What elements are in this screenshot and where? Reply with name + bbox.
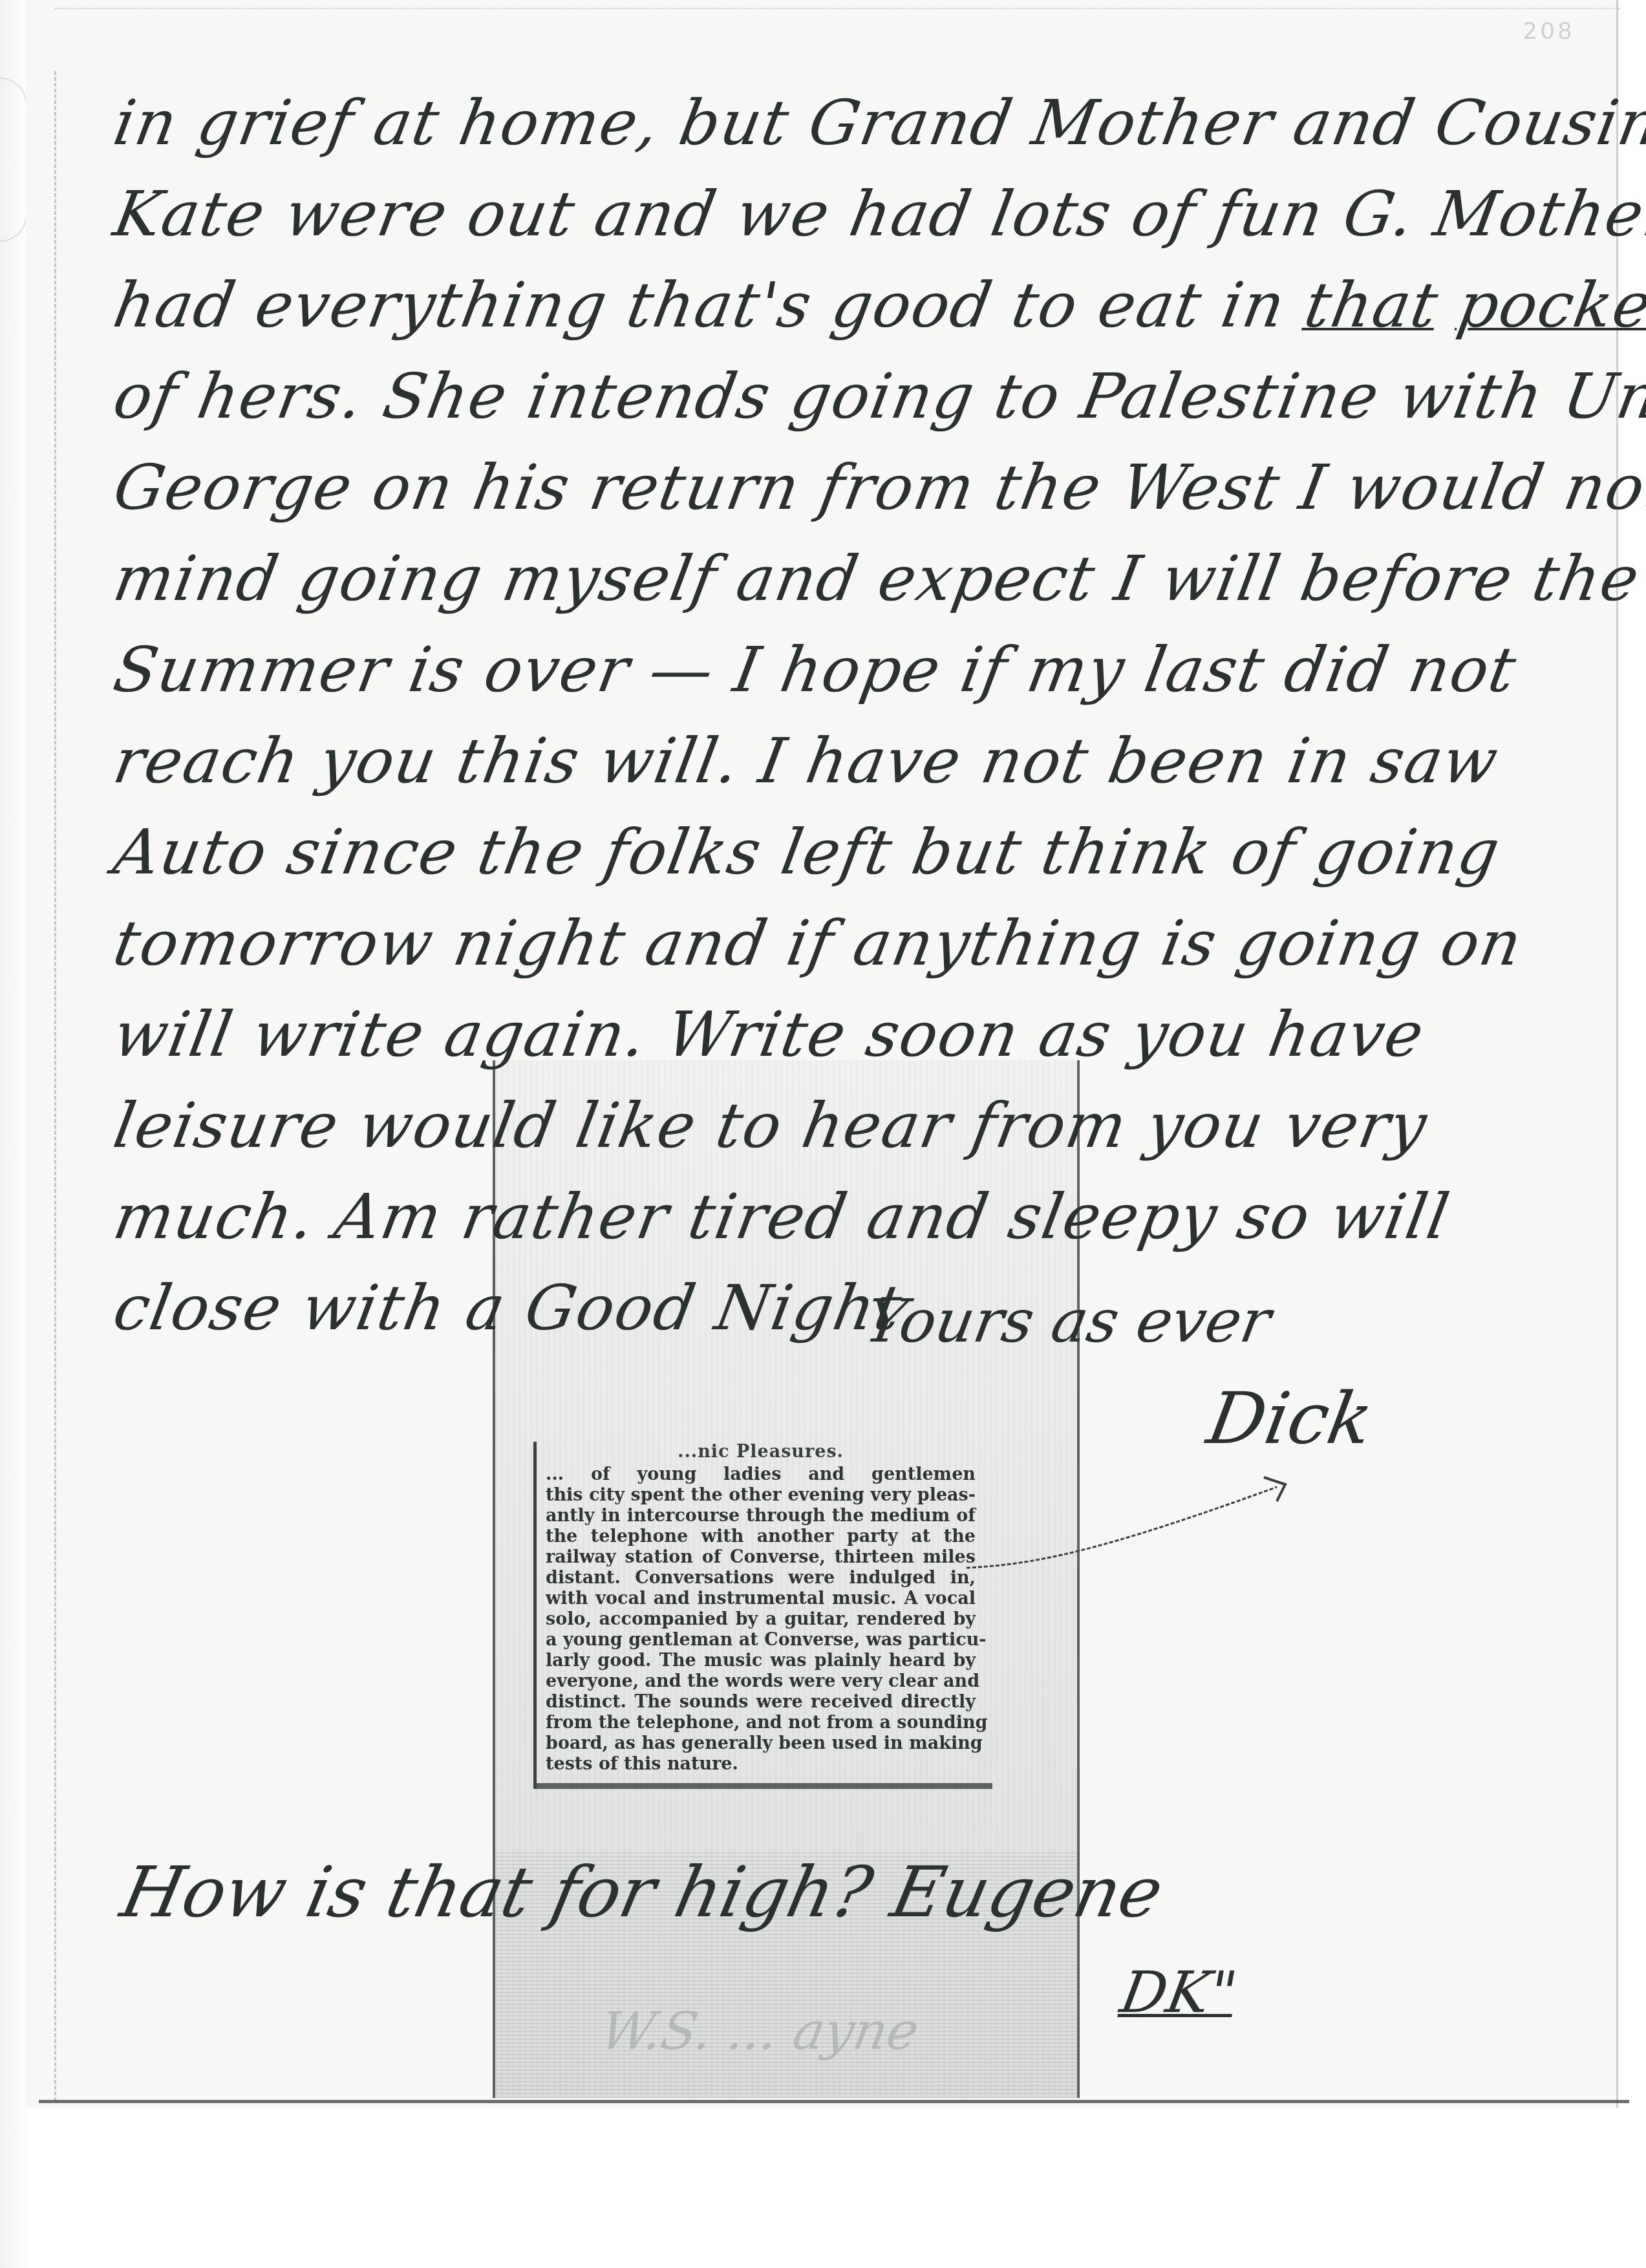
page-bottom-edge xyxy=(39,2100,1629,2103)
postscript: How is that for high? Eugene xyxy=(114,1852,1170,1933)
postscript-initials: DK" xyxy=(1116,1959,1242,2026)
bleed-through-text: W.S. ... ayne xyxy=(596,2001,923,2061)
